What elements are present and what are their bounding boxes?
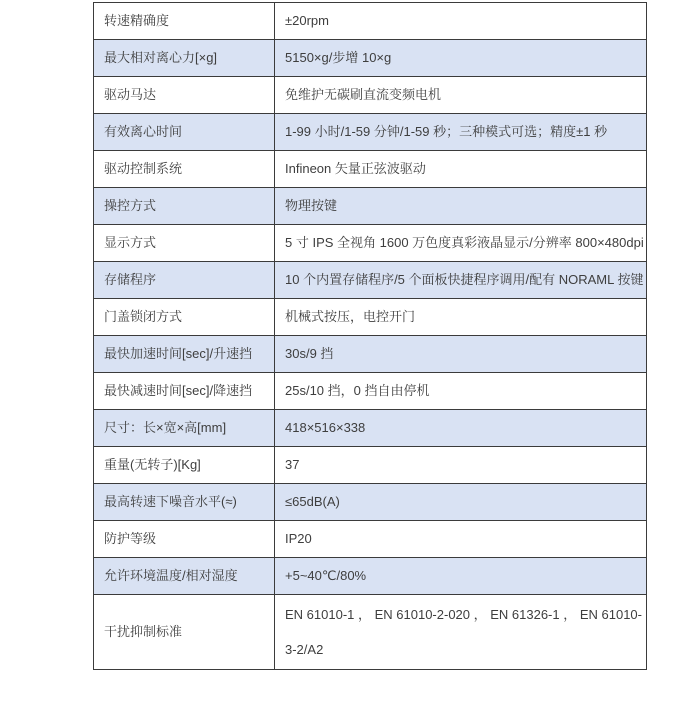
- table-row: 允许环境温度/相对湿度+5~40℃/80%: [94, 558, 647, 595]
- spec-label-cell: 有效离心时间: [94, 114, 275, 151]
- spec-label-cell: 最快加速时间[sec]/升速挡: [94, 336, 275, 373]
- table-row: 最快加速时间[sec]/升速挡30s/9 挡: [94, 336, 647, 373]
- spec-value-cell: 5150×g/步增 10×g: [275, 40, 647, 77]
- spec-table: 转速精确度±20rpm最大相对离心力[×g]5150×g/步增 10×g驱动马达…: [93, 2, 647, 670]
- spec-label-cell: 重量(无转子)[Kg]: [94, 447, 275, 484]
- spec-table-container: 转速精确度±20rpm最大相对离心力[×g]5150×g/步增 10×g驱动马达…: [93, 2, 647, 670]
- table-row: 转速精确度±20rpm: [94, 3, 647, 40]
- table-row: 门盖锁闭方式机械式按压，电控开门: [94, 299, 647, 336]
- table-row: 最大相对离心力[×g]5150×g/步增 10×g: [94, 40, 647, 77]
- spec-label-cell: 驱动马达: [94, 77, 275, 114]
- spec-label-cell: 门盖锁闭方式: [94, 299, 275, 336]
- spec-label-cell: 允许环境温度/相对湿度: [94, 558, 275, 595]
- spec-value-cell: 1-99 小时/1-59 分钟/1-59 秒；三种模式可选；精度±1 秒: [275, 114, 647, 151]
- spec-value-cell: 30s/9 挡: [275, 336, 647, 373]
- spec-value-cell: 5 寸 IPS 全视角 1600 万色度真彩液晶显示/分辨率 800×480dp…: [275, 225, 647, 262]
- table-row: 重量(无转子)[Kg]37: [94, 447, 647, 484]
- table-row: 显示方式5 寸 IPS 全视角 1600 万色度真彩液晶显示/分辨率 800×4…: [94, 225, 647, 262]
- spec-label-cell: 尺寸：长×宽×高[mm]: [94, 410, 275, 447]
- spec-value-cell: 37: [275, 447, 647, 484]
- table-row: 干扰抑制标准EN 61010-1 ， EN 61010-2-020 ， EN 6…: [94, 595, 647, 670]
- spec-value-cell: EN 61010-1 ， EN 61010-2-020 ， EN 61326-1…: [275, 595, 647, 670]
- spec-value-cell: 25s/10 挡，0 挡自由停机: [275, 373, 647, 410]
- spec-value-cell: Infineon 矢量正弦波驱动: [275, 151, 647, 188]
- table-row: 防护等级IP20: [94, 521, 647, 558]
- spec-value-cell: IP20: [275, 521, 647, 558]
- spec-table-body: 转速精确度±20rpm最大相对离心力[×g]5150×g/步增 10×g驱动马达…: [94, 3, 647, 670]
- spec-value-cell: 物理按键: [275, 188, 647, 225]
- table-row: 存储程序10 个内置存储程序/5 个面板快捷程序调用/配有 NORAML 按键: [94, 262, 647, 299]
- spec-label-cell: 最大相对离心力[×g]: [94, 40, 275, 77]
- spec-value-cell: 418×516×338: [275, 410, 647, 447]
- spec-label-cell: 干扰抑制标准: [94, 595, 275, 670]
- spec-label-cell: 显示方式: [94, 225, 275, 262]
- spec-label-cell: 驱动控制系统: [94, 151, 275, 188]
- spec-label-cell: 防护等级: [94, 521, 275, 558]
- spec-label-cell: 转速精确度: [94, 3, 275, 40]
- table-row: 最高转速下噪音水平(≈)≤65dB(A): [94, 484, 647, 521]
- spec-value-cell: ≤65dB(A): [275, 484, 647, 521]
- spec-label-cell: 最快减速时间[sec]/降速挡: [94, 373, 275, 410]
- table-row: 操控方式物理按键: [94, 188, 647, 225]
- spec-value-cell: +5~40℃/80%: [275, 558, 647, 595]
- spec-label-cell: 存储程序: [94, 262, 275, 299]
- table-row: 最快减速时间[sec]/降速挡25s/10 挡，0 挡自由停机: [94, 373, 647, 410]
- spec-label-cell: 操控方式: [94, 188, 275, 225]
- table-row: 有效离心时间1-99 小时/1-59 分钟/1-59 秒；三种模式可选；精度±1…: [94, 114, 647, 151]
- spec-value-cell: 免维护无碳刷直流变频电机: [275, 77, 647, 114]
- spec-value-cell: 机械式按压，电控开门: [275, 299, 647, 336]
- table-row: 驱动控制系统Infineon 矢量正弦波驱动: [94, 151, 647, 188]
- table-row: 驱动马达免维护无碳刷直流变频电机: [94, 77, 647, 114]
- spec-value-cell: ±20rpm: [275, 3, 647, 40]
- spec-value-cell: 10 个内置存储程序/5 个面板快捷程序调用/配有 NORAML 按键: [275, 262, 647, 299]
- table-row: 尺寸：长×宽×高[mm]418×516×338: [94, 410, 647, 447]
- spec-label-cell: 最高转速下噪音水平(≈): [94, 484, 275, 521]
